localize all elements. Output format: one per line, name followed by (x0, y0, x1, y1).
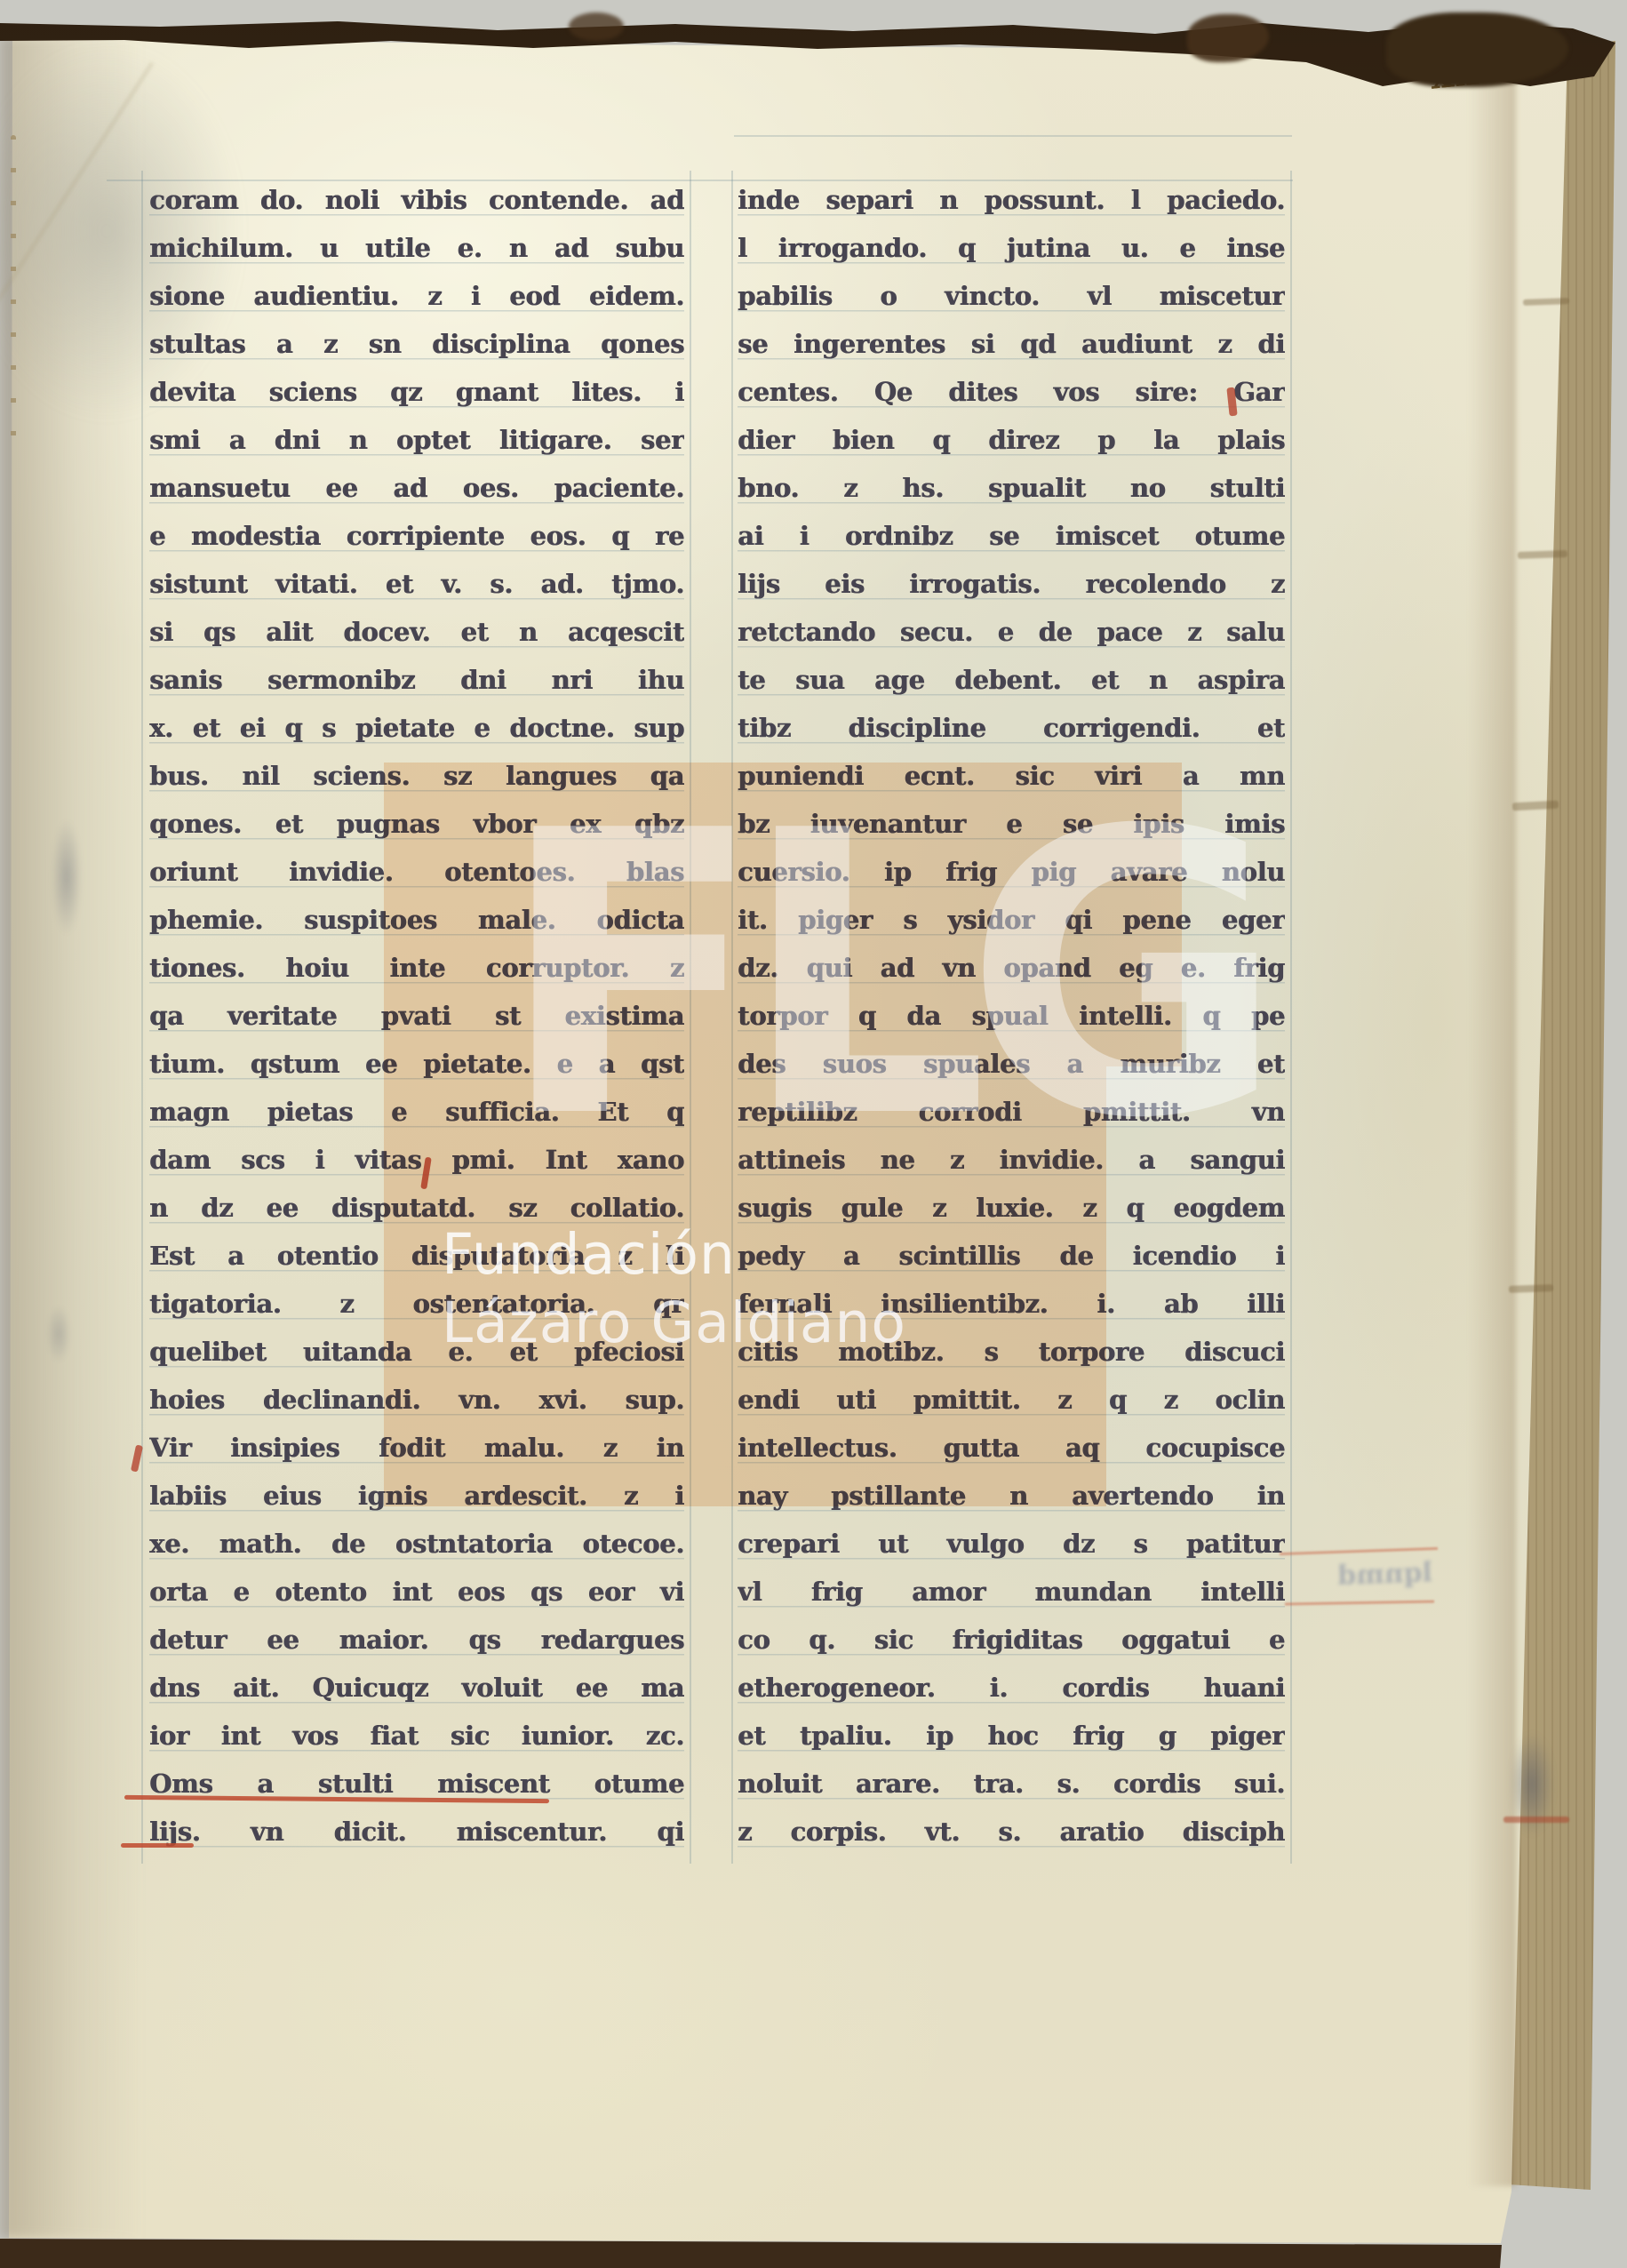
text-line: sanis sermonibz dni nri ihu (149, 656, 684, 704)
manuscript-photo: ·xx· coram do. noli vibis contende. admi… (0, 0, 1627, 2268)
ruling-horizontal-line (734, 135, 1292, 137)
text-line: pabilis o vincto. vl miscetur (738, 272, 1285, 320)
text-line: mansuetu ee ad oes. paciente. (149, 464, 684, 512)
text-line: et tpaliu. ip hoc frig g piger (738, 1712, 1285, 1760)
text-line: etherogeneor. i. cordis huani (738, 1664, 1285, 1712)
text-line: te sua age debent. et n aspira (738, 656, 1285, 704)
text-line: x. et ei q s pietate e doctne. sup (149, 704, 684, 752)
text-line: orta e otento int eos qs eor vi (149, 1568, 684, 1616)
text-line: dns ait. Quicuqz voluit ee ma (149, 1664, 684, 1712)
text-line: smi a dni n optet litigare. ser (149, 416, 684, 464)
text-line: ai i ordnibz se imiscet otume (738, 512, 1285, 560)
pricking-holes (11, 135, 16, 442)
text-line: tibz discipline corrigendi. et (738, 704, 1285, 752)
text-line: sistunt vitati. et v. s. ad. tjmo. (149, 560, 684, 608)
text-line: e modestia corripiente eos. q re (149, 512, 684, 560)
fore-edge-red-mark (1503, 1817, 1569, 1823)
page-edge-shadow (1468, 53, 1516, 2186)
watermark-caption-line1: Fundación (442, 1222, 736, 1287)
ink-smudge (46, 1305, 71, 1363)
text-line: z corpis. vt. s. aratio disciph (738, 1808, 1285, 1856)
text-line: xe. math. de ostntatoria otecoe. (149, 1520, 684, 1568)
text-line: vl frig amor mundan intelli (738, 1568, 1285, 1616)
text-line: detur ee maior. qs redargues (149, 1616, 684, 1664)
red-underline (121, 1843, 194, 1848)
margin-ghost-note: lqnmd (1289, 1554, 1432, 1597)
ink-smudge (52, 819, 82, 935)
text-line: sione audientiu. z i eod eidem. (149, 272, 684, 320)
text-line: inde separi n possunt. l paciedo. (738, 176, 1285, 224)
binding-leather-lump (569, 12, 624, 41)
text-line: coram do. noli vibis contende. ad (149, 176, 684, 224)
ruling-vertical-line (1290, 171, 1292, 1864)
text-line: lijs. vn dicit. miscentur. qi (149, 1808, 684, 1856)
text-line: retctando secu. e de pace z salu (738, 608, 1285, 656)
text-line: l irrogando. q jutina u. e inse (738, 224, 1285, 272)
text-line: ior int vos fiat sic iunior. zc. (149, 1712, 684, 1760)
text-line: co q. sic frigiditas oggatui e (738, 1616, 1285, 1664)
text-line: bno. z hs. spualit no stulti (738, 464, 1285, 512)
watermark-caption-line2: Lázaro Galdiano (442, 1290, 906, 1355)
watermark-monogram: FLG (498, 780, 1260, 1171)
ruling-vertical-line (141, 171, 143, 1864)
text-line: devita sciens qz gnant lites. i (149, 368, 684, 416)
text-line: stultas a z sn disciplina qones (149, 320, 684, 368)
text-line: centes. Qe dites vos sire: Gar (738, 368, 1285, 416)
text-line: michilum. u utile e. n ad subu (149, 224, 684, 272)
text-line: dier bien q direz p la plais (738, 416, 1285, 464)
text-line: se ingerentes si qd audiunt z di (738, 320, 1285, 368)
text-line: noluit arare. tra. s. cordis sui. (738, 1760, 1285, 1808)
text-line: si qs alit docev. et n acqescit (149, 608, 684, 656)
text-line: lijs eis irrogatis. recolendo z (738, 560, 1285, 608)
text-line: crepari ut vulgo dz s patitur (738, 1520, 1285, 1568)
